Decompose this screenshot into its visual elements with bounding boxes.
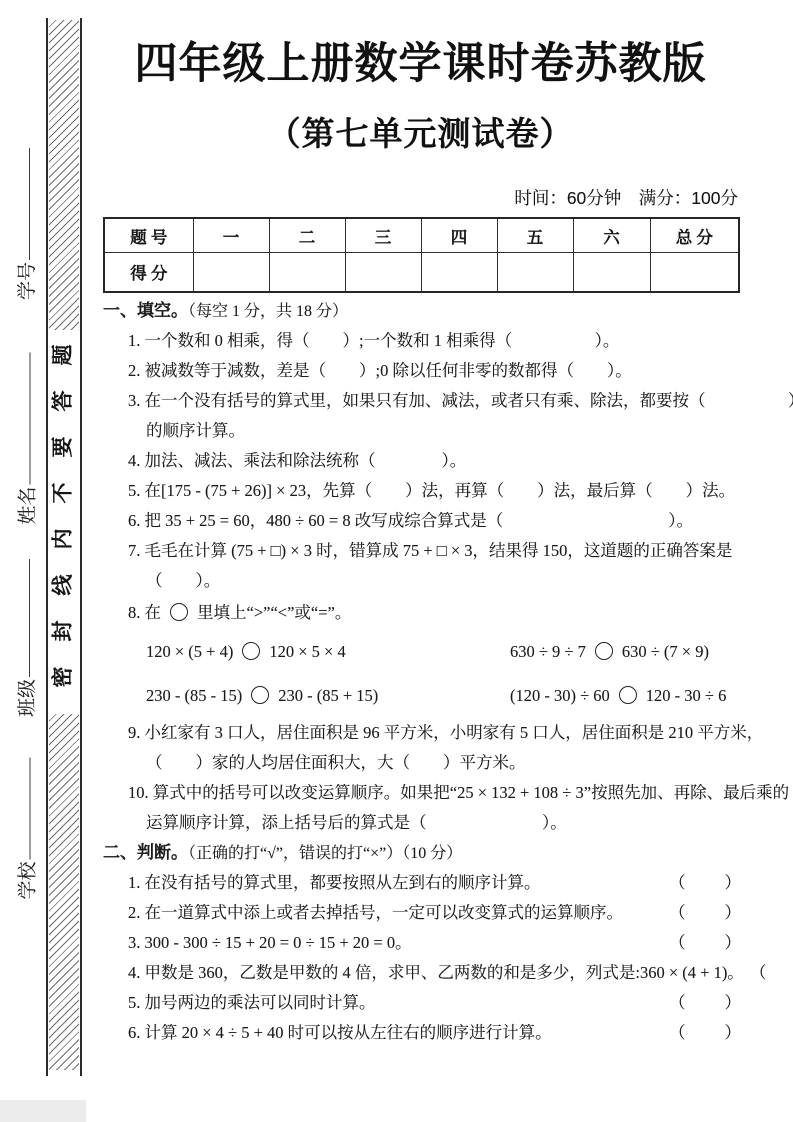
score-cell-empty bbox=[193, 253, 269, 293]
page-edge-shadow bbox=[0, 1100, 86, 1122]
answer-blank: （ ） bbox=[669, 988, 743, 1018]
expression-left-b: 230 - (85 + 15) bbox=[278, 686, 378, 705]
judge-question-text: 1. 在没有括号的算式里，都要按照从左到右的顺序计算。 bbox=[128, 868, 541, 898]
expression-right-a: (120 - 30) ÷ 60 bbox=[510, 686, 610, 705]
comparison-circle-icon bbox=[170, 603, 188, 621]
questions-area: 一、填空。（每空 1 分，共 18 分） 1. 一个数和 0 相乘，得（ ）;一… bbox=[103, 296, 743, 1048]
fill-section-title: 一、填空。（每空 1 分，共 18 分） bbox=[103, 296, 743, 326]
expression-left-a: 120 × (5 + 4) bbox=[146, 642, 233, 661]
judge-section-title-main: 二、判断。 bbox=[103, 843, 188, 862]
fill-question-8-intro: 8. 在里填上“>”“<”或“=”。 bbox=[103, 596, 743, 630]
exam-title: 四年级上册数学课时卷苏教版 bbox=[103, 30, 738, 91]
student-id-blank-line bbox=[27, 148, 30, 260]
comparison-pair-right: 630 ÷ 9 ÷ 7630 ÷ (7 × 9) bbox=[510, 642, 709, 662]
sidebar-field-class: 班级 bbox=[16, 549, 40, 717]
sidebar-field-name: 姓名 bbox=[17, 330, 41, 525]
judge-question-row: 2. 在一道算式中添上或者去掉括号，一定可以改变算式的运算顺序。 （ ） bbox=[103, 898, 743, 928]
fill-question-line: 3. 在一个没有括号的算式里，如果只有加、减法，或者只有乘、除法，都要按（ ） bbox=[103, 386, 743, 416]
judge-question-text: 5. 加号两边的乘法可以同时计算。 bbox=[128, 988, 376, 1018]
score-cell-empty bbox=[269, 253, 345, 293]
answer-blank: （ ） bbox=[669, 928, 743, 958]
score-cell-empty bbox=[345, 253, 421, 293]
judge-question-text: 2. 在一道算式中添上或者去掉括号，一定可以改变算式的运算顺序。 bbox=[128, 898, 623, 928]
fill-question-line: 的顺序计算。 bbox=[103, 416, 743, 446]
comparison-circle-icon bbox=[251, 686, 269, 704]
name-blank-line bbox=[28, 352, 31, 484]
question-number-label: 题 号 bbox=[104, 218, 193, 253]
fill-question-line: 5. 在[175 - (75 + 26)] × 23，先算（ ）法，再算（ ）法… bbox=[103, 476, 743, 506]
comparison-circle-icon bbox=[619, 686, 637, 704]
score-cell-empty bbox=[573, 253, 650, 293]
q8-intro-post: 里填上“>”“<”或“=”。 bbox=[197, 603, 351, 622]
comparison-rows: 120 × (5 + 4)120 × 5 × 4 630 ÷ 9 ÷ 7630 … bbox=[103, 630, 743, 718]
fill-question-line: 1. 一个数和 0 相乘，得（ ）;一个数和 1 相乘得（ ）。 bbox=[103, 326, 743, 356]
name-label: 姓名 bbox=[18, 486, 39, 524]
expression-right-a: 630 ÷ 9 ÷ 7 bbox=[510, 642, 586, 661]
judge-question-row: 5. 加号两边的乘法可以同时计算。 （ ） bbox=[103, 988, 743, 1018]
judge-section-title: 二、判断。（正确的打“√”，错误的打“×”）（10 分） bbox=[103, 838, 743, 868]
score-cell-empty bbox=[650, 253, 739, 293]
answer-blank: （ ） bbox=[669, 1018, 743, 1048]
exam-time-score-meta: 时间：60分钟 满分：100分 bbox=[103, 185, 738, 210]
score-table-score-row: 得 分 bbox=[104, 253, 739, 293]
judge-question-row: 3. 300 - 300 ÷ 15 + 20 = 0 ÷ 15 + 20 = 0… bbox=[103, 928, 743, 958]
seal-hatch-bottom bbox=[49, 714, 79, 1070]
fill-question-line: 6. 把 35 + 25 = 60，480 ÷ 60 = 8 改写成综合算式是（… bbox=[103, 506, 743, 536]
comparison-pair-right: (120 - 30) ÷ 60120 - 30 ÷ 6 bbox=[510, 686, 726, 706]
question-column-label: 六 bbox=[573, 218, 650, 253]
score-table: 题 号 一二三四五六总 分 得 分 bbox=[103, 217, 740, 293]
fill-section-title-note: （每空 1 分，共 18 分） bbox=[188, 303, 348, 320]
fill-question-line: （ ）家的人均居住面积大，大（ ）平方米。 bbox=[103, 748, 743, 778]
fill-section-title-main: 一、填空。 bbox=[103, 301, 188, 320]
seal-line-text: 密封线内不要答题 bbox=[50, 333, 77, 713]
sidebar-field-student-id: 学号 bbox=[16, 130, 40, 300]
score-table-header-row: 题 号 一二三四五六总 分 bbox=[104, 218, 739, 253]
comparison-pair-left: 230 - (85 - 15)230 - (85 + 15) bbox=[103, 686, 510, 706]
comparison-circle-icon bbox=[242, 642, 260, 660]
expression-right-b: 630 ÷ (7 × 9) bbox=[622, 642, 709, 661]
question-column-label: 总 分 bbox=[650, 218, 739, 253]
judge-question-text: 3. 300 - 300 ÷ 15 + 20 = 0 ÷ 15 + 20 = 0… bbox=[128, 928, 412, 958]
expression-left-a: 230 - (85 - 15) bbox=[146, 686, 242, 705]
fill-question-line: 2. 被减数等于减数，差是（ ）;0 除以任何非零的数都得（ ）。 bbox=[103, 356, 743, 386]
judge-question-text: 4. 甲数是 360，乙数是甲数的 4 倍，求甲、乙两数的和是多少，列式是:36… bbox=[128, 958, 744, 988]
answer-blank: （ ） bbox=[669, 898, 743, 928]
judge-question-row: 1. 在没有括号的算式里，都要按照从左到右的顺序计算。 （ ） bbox=[103, 868, 743, 898]
score-cell-empty bbox=[497, 253, 573, 293]
judge-question-text: 6. 计算 20 × 4 ÷ 5 + 40 时可以按从左往右的顺序进行计算。 bbox=[128, 1018, 552, 1048]
answer-blank: （ ） bbox=[750, 958, 793, 988]
student-id-label: 学号 bbox=[17, 262, 38, 300]
judge-questions-block: 1. 在没有括号的算式里，都要按照从左到右的顺序计算。 （ ） 2. 在一道算式… bbox=[103, 868, 743, 1048]
question-column-label: 四 bbox=[421, 218, 497, 253]
school-label: 学校 bbox=[18, 861, 39, 899]
exam-paper-page: 学号 姓名 班级 学校 密封线内不要答题 四年级上册数学课时卷苏教版 （第七单元… bbox=[0, 0, 793, 1122]
fill-question-line: 4. 加法、减法、乘法和除法统称（ ）。 bbox=[103, 446, 743, 476]
seal-hatch-top bbox=[49, 20, 79, 330]
class-blank-line bbox=[27, 559, 30, 677]
class-label: 班级 bbox=[17, 679, 38, 717]
comparison-row: 120 × (5 + 4)120 × 5 × 4 630 ÷ 9 ÷ 7630 … bbox=[103, 630, 743, 674]
judge-question-row: 4. 甲数是 360，乙数是甲数的 4 倍，求甲、乙两数的和是多少，列式是:36… bbox=[103, 958, 743, 988]
expression-left-b: 120 × 5 × 4 bbox=[269, 642, 345, 661]
answer-blank: （ ） bbox=[669, 868, 743, 898]
comparison-row: 230 - (85 - 15)230 - (85 + 15) (120 - 30… bbox=[103, 674, 743, 718]
q8-intro-pre: 8. 在 bbox=[128, 603, 161, 622]
question-column-label: 一 bbox=[193, 218, 269, 253]
fill-question-line: （ ）。 bbox=[103, 566, 743, 596]
fill-question-line: 10. 算式中的括号可以改变运算顺序。如果把“25 × 132 + 108 ÷ … bbox=[103, 778, 743, 808]
comparison-circle-icon bbox=[595, 642, 613, 660]
fill-question-line: 9. 小红家有 3 口人，居住面积是 96 平方米，小明家有 5 口人，居住面积… bbox=[103, 718, 743, 748]
fill-questions-block-a: 1. 一个数和 0 相乘，得（ ）;一个数和 1 相乘得（ ）。 2. 被减数等… bbox=[103, 326, 743, 596]
judge-section-title-note: （正确的打“√”，错误的打“×”）（10 分） bbox=[188, 845, 462, 862]
exam-subtitle: （第七单元测试卷） bbox=[103, 108, 738, 155]
comparison-pair-left: 120 × (5 + 4)120 × 5 × 4 bbox=[103, 642, 510, 662]
fill-question-line: 运算顺序计算，添上括号后的算式是（ ）。 bbox=[103, 808, 743, 838]
question-column-label: 三 bbox=[345, 218, 421, 253]
school-blank-line bbox=[28, 757, 31, 859]
judge-question-row: 6. 计算 20 × 4 ÷ 5 + 40 时可以按从左往右的顺序进行计算。 （… bbox=[103, 1018, 743, 1048]
expression-right-b: 120 - 30 ÷ 6 bbox=[646, 686, 727, 705]
score-cell-empty bbox=[421, 253, 497, 293]
question-column-label: 五 bbox=[497, 218, 573, 253]
fill-question-line: 7. 毛毛在计算 (75 + □) × 3 时，错算成 75 + □ × 3，结… bbox=[103, 536, 743, 566]
score-label: 得 分 bbox=[104, 253, 193, 293]
fill-questions-block-b: 9. 小红家有 3 口人，居住面积是 96 平方米，小明家有 5 口人，居住面积… bbox=[103, 718, 743, 838]
question-column-label: 二 bbox=[269, 218, 345, 253]
sidebar-field-school: 学校 bbox=[17, 747, 41, 900]
